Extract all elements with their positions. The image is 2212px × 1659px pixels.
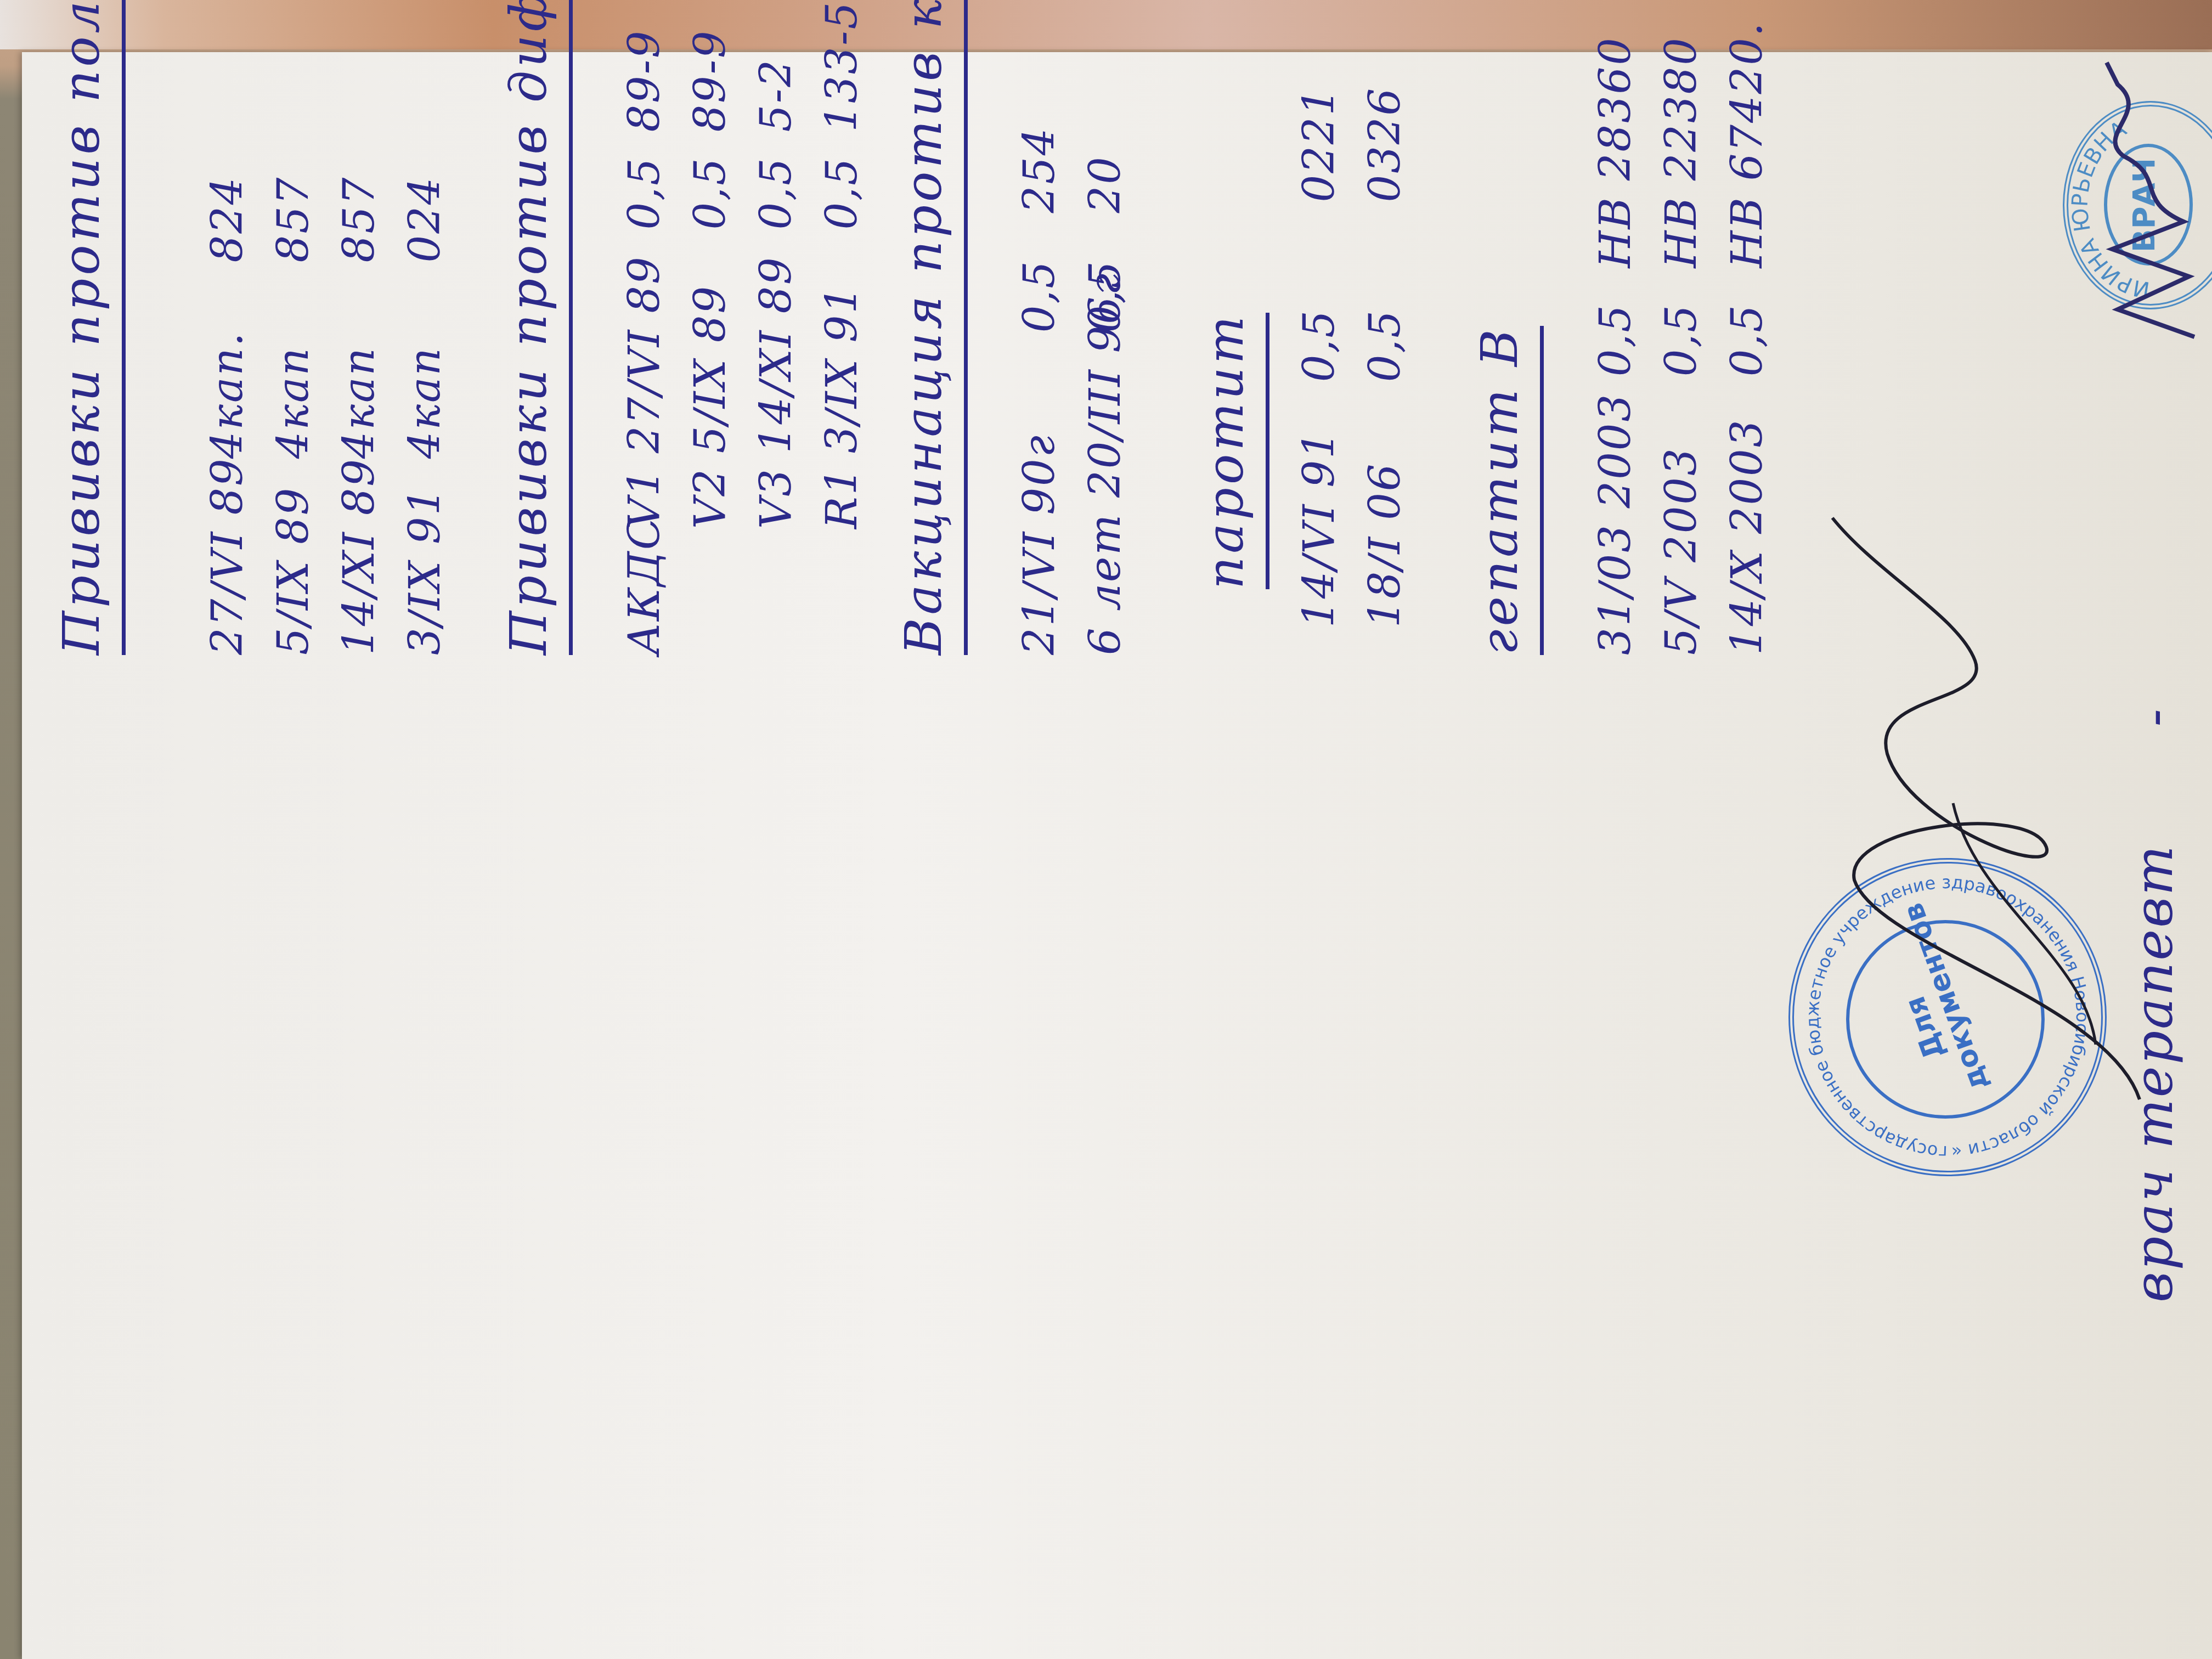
- table-row: 6 лет 20/III 96г 0,5 20: [1081, 155, 1130, 655]
- table-row: V1 27/VI 89 0,5 89-9 АДСМ R2 2/III 99 0,…: [620, 0, 669, 529]
- table-row: V2 5/IX 89 0,5 89-9 АДСМ R3 20/IX 03 0,5…: [686, 0, 735, 529]
- table-row: 3/IX 91 4кап 024: [400, 176, 450, 655]
- doctor-stamp-center: ВРАЧ: [2129, 156, 2161, 255]
- section-title-mumps: паротит: [1196, 313, 1269, 589]
- table-row: 14/XI 89 4кап 857 26/XI 03 4кап 663: [335, 0, 384, 655]
- table-row: 14/X 2003 0,5 HB 67420.: [1723, 21, 1772, 655]
- table-row: V3 14/XI 89 0,5 5-2 АДСМ R4 14/04 17 0,5…: [752, 0, 801, 529]
- rotated-content: Прививки против полиомиелита 27/VI 89 4к…: [22, 52, 2212, 1659]
- table-row: 31/03 2003 0,5 HB 28360: [1591, 36, 1640, 655]
- table-row: R1 3/IX 91 0,5 133-5: [817, 1, 867, 529]
- table-row: 27/VI 89 4кап. 824 5/XI 91 4кап 044: [203, 0, 252, 655]
- signature-line: врач терапевт -: [2123, 707, 2185, 1302]
- table-row: 18/I 06 0,5 0326: [1361, 87, 1410, 628]
- background-cloth: [0, 0, 2212, 49]
- table-row: 14/VI 91 0,5 0221: [1295, 87, 1344, 628]
- doctor-stamp: ИРИНА ЮРЬЕВНА ВРАЧ: [2063, 101, 2212, 309]
- table-row: 5/IX 89 4кап 857 2/III 95 4кап 044: [269, 0, 318, 655]
- table-row: 21/VI 90г 0,5 254: [1015, 127, 1064, 655]
- section-title-measles: Вакцинация против кори: [894, 0, 968, 655]
- section-title-hepatitis-b: гепатит В: [1470, 326, 1544, 655]
- table-row: 5/V 2003 0,5 HB 22380: [1657, 36, 1706, 655]
- institution-stamp: государственное бюджетное учреждение здр…: [1788, 858, 2107, 1176]
- section-title-polio: Прививки против полиомиелита: [52, 0, 126, 655]
- section-title-dtp: Прививки против дифтерии, коклюша, столб…: [499, 0, 573, 655]
- vaccine-label: АКДС: [620, 515, 669, 655]
- document-page: Прививки против полиомиелита 27/VI 89 4к…: [22, 52, 2212, 1659]
